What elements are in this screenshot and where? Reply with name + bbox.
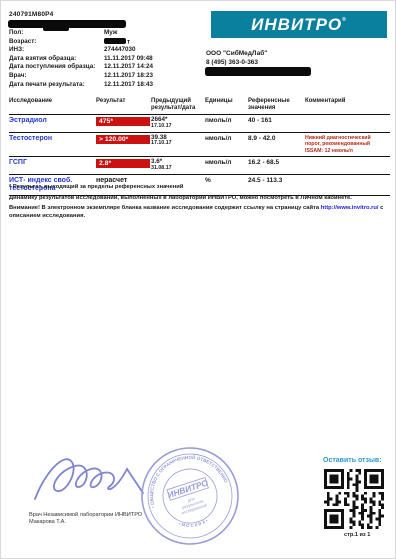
page-number: стр.1 из 1 [344,532,370,538]
reference-range: 8.9 - 42.0 [248,132,305,157]
feedback-label: Оставить отзыв: [323,457,382,464]
comment [305,157,390,175]
svg-text:• ОБЩЕСТВО С ОГРАНИЧЕННОЙ ОТВЕ: • ОБЩЕСТВО С ОГРАНИЧЕННОЙ ОТВЕТСТВЕННОСТ… [137,443,229,513]
footnote-dynamics: Динамику результатов исследований, выпол… [9,195,388,203]
info-label: Дата поступления образца: [9,63,104,70]
info-row-printed: Дата печати результата: 12.11.2017 18:43 [9,81,199,90]
previous-result: 39.3817.10.17 [151,132,205,157]
comment [305,114,390,132]
previous-result: 3.6*31.08.17 [151,157,205,175]
info-row-age: Возраст: т [9,38,199,47]
invitro-logo-text: ИНВИТРО® [251,15,347,35]
info-value: 12.11.2017 14:24 [104,63,153,70]
org-phone: 8 (495) 363-0-363 [206,59,258,66]
info-row-sample-received: Дата поступления образца: 12.11.2017 14:… [9,63,199,72]
abnormal-result-badge: 475* [96,117,150,126]
stamp-ring-text: • ОБЩЕСТВО С ОГРАНИЧЕННОЙ ОТВЕТСТВЕННОСТ… [137,443,229,513]
redacted-org-address [205,67,311,76]
invitro-site-link[interactable]: http://www.invitro.ru/ [321,205,379,211]
info-value: 12.11.2017 18:23 [104,72,153,79]
test-name: Эстрадиол [9,114,96,132]
invitro-stamp: • ОБЩЕСТВО С ОГРАНИЧЕННОЙ ОТВЕТСТВЕННОСТ… [137,443,243,549]
table-row: Эстрадиол 475* 2664*17.10.17 пмоль/л 40 … [9,114,390,132]
units: нмоль/л [205,157,248,175]
info-value: т [104,38,130,46]
registered-mark: ® [342,17,347,23]
units: нмоль/л [205,132,248,157]
redacted-age [104,38,126,45]
info-value: 11.11.2017 09:48 [104,55,153,62]
comment: Нижний диагностический порог, рекомендов… [305,132,390,157]
reference-range: 16.2 - 68.5 [248,157,305,175]
reference-range: 40 - 161 [248,114,305,132]
doctor-caption: Врач Независимой лаборатории ИНВИТРО Мак… [29,512,142,527]
units: пмоль/л [205,114,248,132]
info-label: Врач: [9,72,104,79]
previous-result: 2664*17.10.17 [151,114,205,132]
table-row: Тестостерон > 120.00* 39.3817.10.17 нмол… [9,132,390,157]
table-header-row: Исследование Результат Предыдущий резуль… [9,97,390,114]
patient-info: Пол: Муж Возраст: т ИНЗ: 274447030 Дата … [9,29,199,89]
col-header-previous: Предыдущий результат/дата [151,97,205,114]
col-header-result: Результат [96,97,151,114]
org-name: ООО "СибМедЛаб" [206,50,267,57]
info-value: 12.11.2017 18:43 [104,81,153,88]
info-value: Муж [104,29,117,36]
doctor-title: Врач Независимой лаборатории ИНВИТРО [29,512,142,519]
col-header-units: Единицы [205,97,248,114]
col-header-comment: Комментарий [305,97,390,114]
info-label: ИНЗ: [9,46,104,53]
doctor-name: Макарова Т.А. [29,519,142,526]
test-result: > 120.00* [96,132,151,157]
info-row-sex: Пол: Муж [9,29,199,38]
info-label: Пол: [9,29,104,36]
test-result: 2.8* [96,157,151,175]
sample-id: 240791M80P4 [9,11,54,18]
footnotes: * Результат, выходящий за пределы рефере… [9,184,388,223]
info-label: Дата взятия образца: [9,55,104,62]
test-name: ГСПГ [9,157,96,175]
age-suffix: т [127,38,130,45]
info-row-doctor: Врач: 12.11.2017 18:23 [9,72,199,81]
info-value: 274447030 [104,46,136,53]
info-label: Возраст: [9,38,104,45]
lab-report-page: 240791M80P4 Пол: Муж Возраст: т ИНЗ: 274… [0,0,396,559]
col-header-test: Исследование [9,97,96,114]
results-table: Исследование Результат Предыдущий резуль… [9,97,390,196]
footnote-attention: Внимание! В электронном экземпляре бланк… [9,205,388,220]
abnormal-result-badge: > 120.00* [96,135,150,144]
feedback-qr-code [324,469,384,529]
test-result: 475* [96,114,151,132]
invitro-logo: ИНВИТРО® [211,11,387,38]
test-name: Тестостерон [9,132,96,157]
col-header-reference: Референсные значения [248,97,305,114]
info-label: Дата печати результата: [9,81,104,88]
table-row: ГСПГ 2.8* 3.6*31.08.17 нмоль/л 16.2 - 68… [9,157,390,175]
footnote-asterisk: * Результат, выходящий за пределы рефере… [9,184,388,192]
info-row-inz: ИНЗ: 274447030 [9,46,199,55]
abnormal-result-badge: 2.8* [96,159,150,168]
